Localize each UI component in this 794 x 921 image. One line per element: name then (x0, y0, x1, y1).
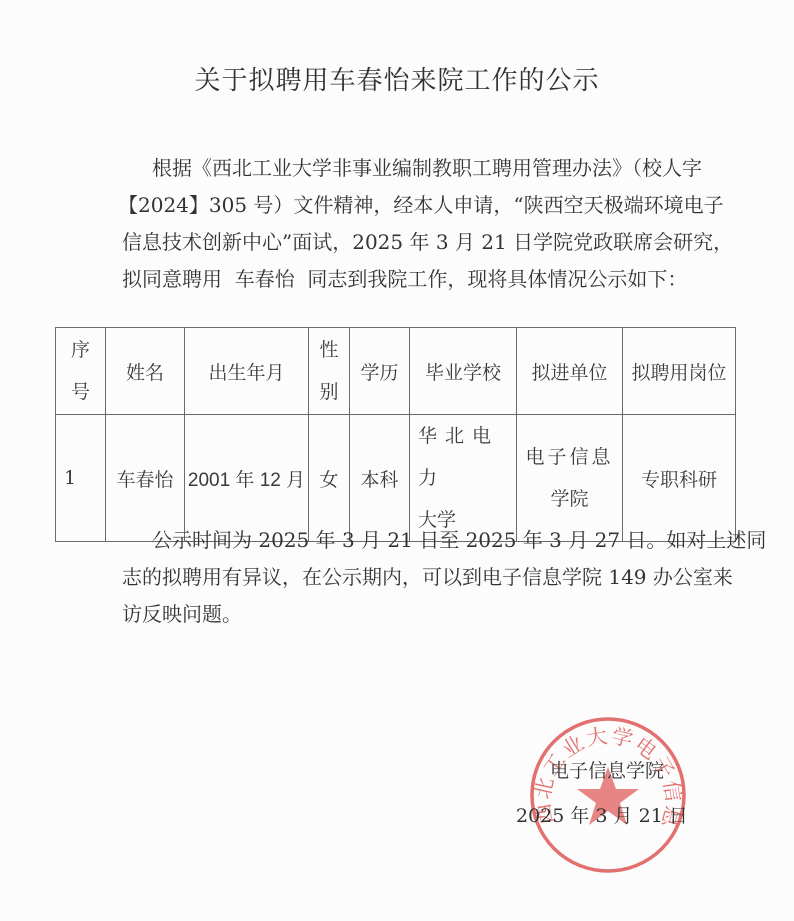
notice-line: 公示时间为 2025 年 3 月 21 日至 2025 年 3 月 27 日。如… (122, 522, 722, 559)
notice-line: 志的拟聘用有异议，在公示期内，可以到电子信息学院 149 办公室来 (122, 559, 722, 596)
candidate-table: 序 号 姓名 出生年月 性 别 学历 毕业学校 拟进单位 拟聘用岗位 1 车春怡… (55, 327, 736, 542)
intro-line: 信息技术创新中心”面试，2025 年 3 月 21 日学院党政联席会研究， (122, 224, 722, 261)
signature-date: 2025 年 3 月 21 日 (516, 801, 688, 828)
cell-index: 1 (56, 415, 106, 542)
intro-line: 根据《西北工业大学非事业编制教职工聘用管理办法》（校人字 (122, 150, 722, 187)
notice-paragraph: 公示时间为 2025 年 3 月 21 日至 2025 年 3 月 27 日。如… (122, 522, 722, 633)
document-title: 关于拟聘用车春怡来院工作的公示 (0, 60, 794, 97)
document-page: 关于拟聘用车春怡来院工作的公示 根据《西北工业大学非事业编制教职工聘用管理办法》… (0, 0, 794, 921)
signature-organization: 电子信息学院 (550, 756, 664, 783)
header-unit: 拟进单位 (517, 328, 623, 415)
intro-line: 【2024】305 号）文件精神，经本人申请，“陕西空天极端环境电子 (118, 187, 722, 224)
intro-paragraph: 根据《西北工业大学非事业编制教职工聘用管理办法》（校人字 【2024】305 号… (122, 150, 722, 298)
header-index: 序 号 (56, 328, 106, 415)
header-school: 毕业学校 (410, 328, 517, 415)
header-birth: 出生年月 (185, 328, 309, 415)
header-education: 学历 (350, 328, 410, 415)
table-header-row: 序 号 姓名 出生年月 性 别 学历 毕业学校 拟进单位 拟聘用岗位 (56, 328, 736, 415)
notice-line: 访反映问题。 (122, 596, 722, 633)
header-name: 姓名 (106, 328, 185, 415)
official-seal-icon: 西北工业大学电子信息学院 (528, 715, 688, 875)
header-position: 拟聘用岗位 (623, 328, 736, 415)
intro-line: 拟同意聘用 车春怡 同志到我院工作，现将具体情况公示如下： (122, 261, 722, 298)
header-gender: 性 别 (309, 328, 350, 415)
